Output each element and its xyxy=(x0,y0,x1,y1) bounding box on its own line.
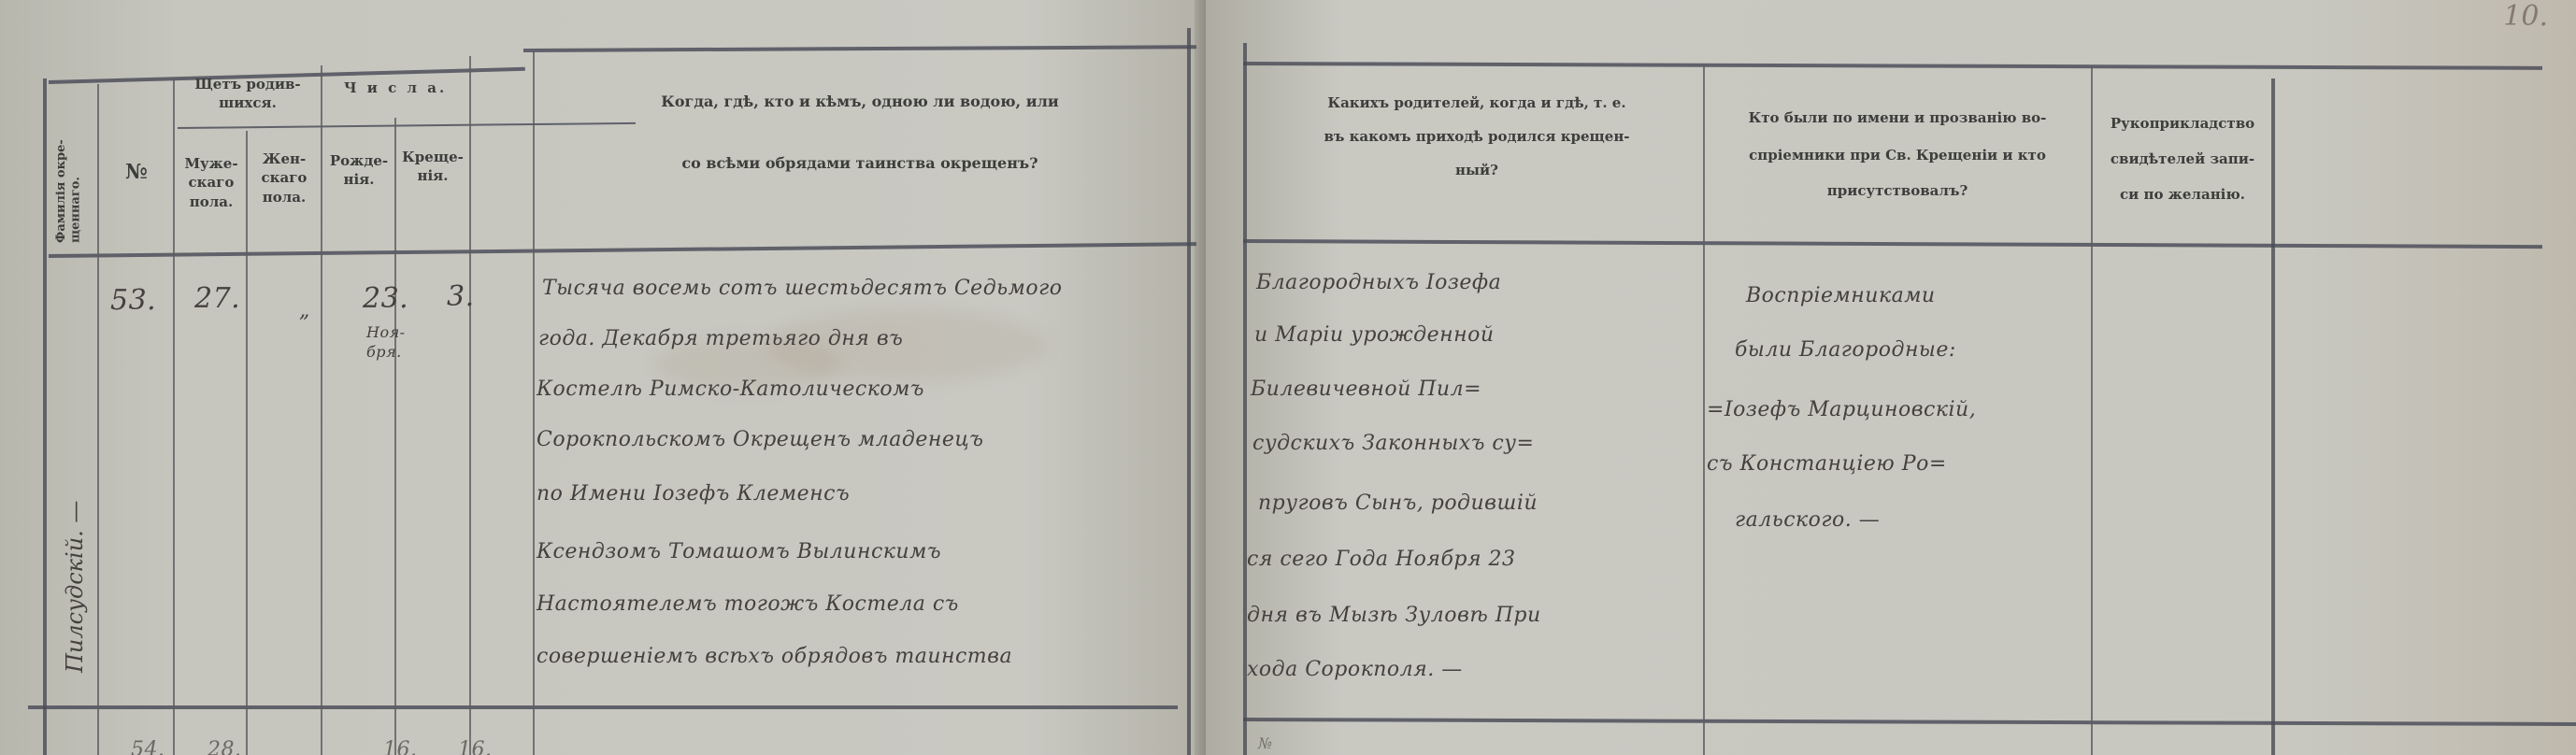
parents-line: Благородныхъ Іозефа xyxy=(1256,271,1501,294)
entry-birth-month: Ноя-бря. xyxy=(366,323,432,363)
godparents-line: были Благородные: xyxy=(1735,338,1956,362)
header-bottom-rule xyxy=(1243,239,2542,249)
entry-surname: Пилсудскій. — xyxy=(62,280,88,673)
entry-male-count: 27. xyxy=(194,282,240,315)
godparents-line: =Іозефъ Марциновскій, xyxy=(1707,398,1976,421)
header-dates-group: Ч и с л а. xyxy=(325,78,465,97)
register-spread: Фамилія окре-щеннаго. № Щетъ родив-шихся… xyxy=(0,0,2576,755)
parents-line: судскихъ Законныхъ су= xyxy=(1252,432,1534,455)
parents-line: хода Сорокполя. — xyxy=(1247,658,1463,681)
header-parents-3: ный? xyxy=(1252,161,1701,179)
col-divider xyxy=(394,118,396,755)
right-page: 10. Какихъ родителей, когда и гдѣ, т. е.… xyxy=(1206,0,2576,755)
table-right-border xyxy=(1187,28,1191,755)
header-godparents-1: Кто были по имени и прозванію во- xyxy=(1710,108,2084,127)
header-when-where-1: Когда, гдѣ, кто и кѣмъ, одною ли водою, … xyxy=(561,92,1159,112)
subheader-rule xyxy=(178,122,636,129)
header-parents-2: въ какомъ приходѣ родился крещен- xyxy=(1252,127,1701,146)
col-divider xyxy=(533,50,535,755)
header-when-where-2: со всѣми обрядами таинства окрещенъ? xyxy=(561,153,1159,174)
header-female: Жен-скаго пола. xyxy=(250,150,319,207)
record-line: Сорокпольскомъ Окрещенъ младенецъ xyxy=(537,428,983,451)
parents-line: пруговъ Сынъ, родившій xyxy=(1258,491,1538,515)
row-bottom-rule xyxy=(28,705,1178,709)
header-parents-1: Какихъ родителей, когда и гдѣ, т. е. xyxy=(1252,93,1701,112)
table-left-border xyxy=(1243,43,1247,755)
col-divider xyxy=(321,65,322,755)
table-top-rule xyxy=(1243,62,2542,70)
next-entry-mark: № xyxy=(1258,734,1273,752)
header-signature-3: си по желанію. xyxy=(2098,185,2267,204)
godparents-line: съ Констанціею Ро= xyxy=(1707,452,1947,476)
col-divider xyxy=(1703,65,1705,755)
header-surname: Фамилія окре-щеннаго. xyxy=(54,93,83,243)
header-baptism: Креще-нія. xyxy=(398,148,467,186)
header-number: № xyxy=(101,159,172,187)
header-signature-1: Рукоприкладство xyxy=(2098,114,2267,133)
next-entry-baptism-day: 16. xyxy=(458,738,493,755)
parents-line: дня въ Мызѣ Зуловѣ При xyxy=(1247,604,1541,627)
header-signature-2: свидѣтелей запи- xyxy=(2098,150,2267,168)
next-entry-male-count: 28. xyxy=(208,738,242,755)
header-male: Муже-скаго пола. xyxy=(178,154,245,211)
entry-number: 53. xyxy=(110,284,156,317)
record-line: года. Декабря третьяго дня въ xyxy=(538,327,903,350)
entry-female-count: „ xyxy=(299,299,310,322)
col-divider xyxy=(2091,65,2093,755)
record-line: Настоятелемъ тогожъ Костела съ xyxy=(537,592,959,616)
parents-line: ся сего Года Ноября 23 xyxy=(1247,548,1516,571)
col-divider xyxy=(246,131,248,755)
header-godparents-2: спріемники при Св. Крещеніи и кто xyxy=(1710,146,2084,164)
record-line: по Имени Іозефъ Клеменсъ xyxy=(537,482,850,506)
row-bottom-rule xyxy=(1243,718,2576,726)
page-number: 10. xyxy=(2503,0,2548,33)
next-entry-number: 54. xyxy=(131,738,165,755)
table-top-rule xyxy=(523,45,1196,52)
col-divider xyxy=(173,78,175,755)
next-entry-birth-day: 16. xyxy=(383,738,418,755)
godparents-line: гальского. — xyxy=(1735,508,1880,532)
col-divider xyxy=(469,56,471,755)
left-page: Фамилія окре-щеннаго. № Щетъ родив-шихся… xyxy=(0,0,1206,755)
entry-birth-day: 23. xyxy=(363,282,408,315)
record-line: Тысяча восемь сотъ шестьдесятъ Седьмого xyxy=(542,277,1062,300)
header-bottom-rule xyxy=(49,242,1196,258)
parents-line: и Маріи урожденной xyxy=(1254,323,1495,347)
table-left-border xyxy=(43,78,47,755)
header-godparents-3: присутствовалъ? xyxy=(1710,181,2084,200)
godparents-line: Воспріемниками xyxy=(1746,284,1936,307)
header-count-group: Щетъ родив-шихся. xyxy=(178,75,318,113)
entry-baptism-day: 3. xyxy=(447,280,475,313)
record-line: Костелѣ Римско-Католическомъ xyxy=(537,377,924,401)
col-divider xyxy=(97,84,99,755)
record-line: Ксендзомъ Томашомъ Вылинскимъ xyxy=(537,540,941,563)
parents-line: Билевичевной Пил= xyxy=(1251,377,1481,401)
table-right-border xyxy=(2271,78,2275,755)
header-birth: Рожде-нія. xyxy=(324,151,394,190)
record-line: совершеніемъ всѣхъ обрядовъ таинства xyxy=(537,645,1012,668)
